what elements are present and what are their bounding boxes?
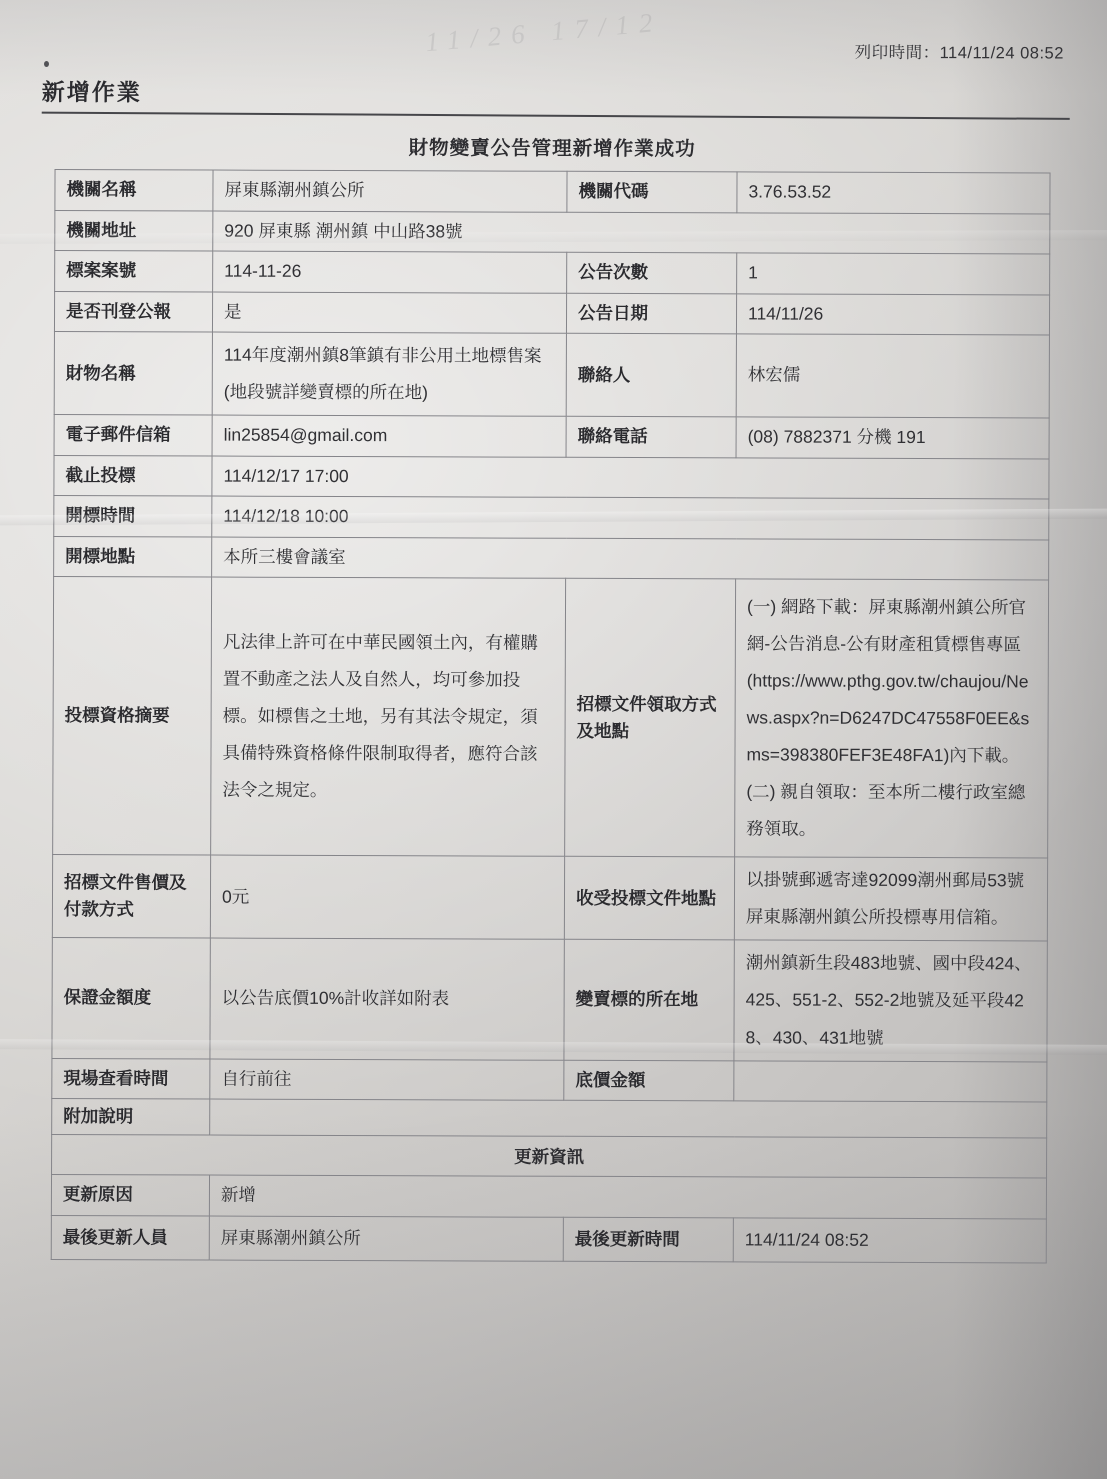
update-section-title: 更新資訊: [52, 1135, 1047, 1178]
last-updater-value: 屏東縣潮州鎮公所: [209, 1216, 563, 1261]
bid-deadline-label: 截止投標: [54, 455, 212, 496]
row-case: 標案案號 114-11-26 公告次數 1: [55, 251, 1050, 295]
tender-mail-label: 收受投標文件地點: [564, 856, 734, 940]
property-name-label: 財物名稱: [54, 331, 212, 415]
sale-location-value: 潮州鎮新生段483地號、國中段424、425、551-2、552-2地號及延平段…: [734, 940, 1047, 1061]
row-gazette: 是否刊登公報 是 公告日期 114/11/26: [54, 291, 1049, 335]
phone-label: 聯絡電話: [566, 416, 736, 457]
agency-name-label: 機關名稱: [55, 170, 213, 211]
site-visit-label: 現場查看時間: [52, 1058, 210, 1099]
gazette-value: 是: [212, 292, 566, 334]
agency-name-value: 屏東縣潮州鎮公所: [213, 170, 567, 212]
last-updater-label: 最後更新人員: [51, 1215, 209, 1260]
update-reason-value: 新增: [209, 1175, 1046, 1218]
update-reason-label: 更新原因: [51, 1175, 209, 1216]
last-update-time-value: 114/11/24 08:52: [733, 1218, 1046, 1263]
row-open-place: 開標地點 本所三樓會議室: [54, 536, 1049, 580]
agency-address-value: 920 屏東縣 潮州鎮 中山路38號: [213, 211, 1050, 254]
row-deposit: 保證金額度 以公告底價10%計收詳如附表 變賣標的所在地 潮州鎮新生段483地號…: [52, 938, 1047, 1062]
floor-price-value: [734, 1061, 1047, 1103]
row-open-time: 開標時間 114/12/18 10:00: [54, 496, 1049, 540]
deposit-label: 保證金額度: [52, 938, 210, 1059]
floor-price-label: 底價金額: [564, 1060, 734, 1101]
row-bid-deadline: 截止投標 114/12/17 17:00: [54, 455, 1049, 499]
row-doc-price: 招標文件售價及付款方式 0元 收受投標文件地點 以掛號郵遞寄達92099潮州郵局…: [52, 855, 1047, 942]
phone-value: (08) 7882371 分機 191: [736, 417, 1049, 459]
print-time: 列印時間：114/11/24 08:52: [55, 36, 1064, 64]
property-name-line2: (地段號詳變賣標的所在地): [224, 374, 555, 412]
tender-mail-value: 以掛號郵遞寄達92099潮州郵局53號屏東縣潮州鎮公所投標專用信箱。: [734, 857, 1047, 941]
open-time-value: 114/12/18 10:00: [212, 496, 1049, 539]
deposit-value: 以公告底價10%計收詳如附表: [210, 938, 564, 1060]
sale-location-label: 變賣標的所在地: [564, 940, 734, 1061]
row-note: 附加說明: [52, 1099, 1047, 1139]
sale-location-text: 潮州鎮新生段483地號、國中段424、425、551-2、552-2地號及延平段…: [745, 945, 1035, 1057]
contact-value: 林宏儒: [736, 334, 1049, 418]
row-address: 機關地址 920 屏東縣 潮州鎮 中山路38號: [55, 210, 1050, 254]
agency-code-value: 3.76.53.52: [737, 172, 1050, 214]
row-property: 財物名稱 114年度潮州鎮8筆鎮有非公用土地標售案 (地段號詳變賣標的所在地) …: [54, 331, 1049, 418]
announce-count-value: 1: [737, 253, 1050, 295]
bid-deadline-value: 114/12/17 17:00: [212, 456, 1049, 499]
qualification-value: 凡法律上許可在中華民國領土內，有權購置不動產之法人及自然人，均可參加投標。如標售…: [211, 577, 566, 856]
row-email: 電子郵件信箱 lin25854@gmail.com 聯絡電話 (08) 7882…: [54, 415, 1049, 459]
announce-date-value: 114/11/26: [736, 293, 1049, 335]
note-label: 附加說明: [52, 1099, 210, 1136]
open-time-label: 開標時間: [54, 496, 212, 537]
row-update-reason: 更新原因 新增: [51, 1175, 1046, 1219]
row-agency: 機關名稱 屏東縣潮州鎮公所 機關代碼 3.76.53.52: [55, 170, 1050, 214]
doc-price-label: 招標文件售價及付款方式: [52, 855, 210, 939]
row-site-visit: 現場查看時間 自行前往 底價金額: [52, 1058, 1047, 1102]
property-name-value: 114年度潮州鎮8筆鎮有非公用土地標售案 (地段號詳變賣標的所在地): [212, 332, 566, 416]
row-update-section: 更新資訊: [52, 1135, 1047, 1178]
last-update-time-label: 最後更新時間: [563, 1217, 733, 1262]
row-last-update: 最後更新人員 屏東縣潮州鎮公所 最後更新時間 114/11/24 08:52: [51, 1215, 1046, 1262]
doc-pickup-label: 招標文件領取方式及地點: [565, 578, 736, 857]
email-value: lin25854@gmail.com: [212, 415, 566, 457]
property-name-line1: 114年度潮州鎮8筆鎮有非公用土地標售案: [224, 337, 555, 375]
case-number-label: 標案案號: [55, 251, 213, 292]
qualification-label: 投標資格摘要: [53, 577, 212, 856]
form-title: 財物變賣公告管理新增作業成功: [55, 131, 1050, 162]
doc-price-value: 0元: [210, 855, 564, 939]
title-underline: [42, 112, 1070, 120]
scanned-document-photo: 11/26 17/12 列印時間：114/11/24 08:52 新增作業 財物…: [0, 0, 1107, 1479]
doc-pickup-item1: (一) 網路下載：屏東縣潮州鎮公所官網-公告消息-公有財產租賃標售專區 (htt…: [746, 588, 1037, 774]
case-number-value: 114-11-26: [213, 251, 567, 293]
open-place-value: 本所三樓會議室: [212, 537, 1049, 580]
agency-code-label: 機關代碼: [567, 171, 737, 212]
page-title: 新增作業: [42, 74, 1050, 111]
agency-address-label: 機關地址: [55, 210, 213, 251]
announce-date-label: 公告日期: [566, 293, 736, 334]
doc-pickup-item2: (二) 親自領取：至本所二樓行政室總務領取。: [746, 774, 1036, 849]
row-qualification: 投標資格摘要 凡法律上許可在中華民國領土內，有權購置不動產之法人及自然人，均可參…: [53, 577, 1049, 858]
doc-pickup-value: (一) 網路下載：屏東縣潮州鎮公所官網-公告消息-公有財產租賃標售專區 (htt…: [735, 579, 1049, 858]
contact-label: 聯絡人: [566, 333, 736, 417]
announce-count-label: 公告次數: [567, 252, 737, 293]
open-place-label: 開標地點: [54, 536, 212, 577]
note-value: [210, 1099, 1047, 1138]
ink-dot-artifact: [44, 61, 49, 67]
site-visit-value: 自行前往: [210, 1059, 564, 1101]
tender-mail-text: 以掛號郵遞寄達92099潮州郵局53號屏東縣潮州鎮公所投標專用信箱。: [746, 862, 1036, 937]
announcement-table: 機關名稱 屏東縣潮州鎮公所 機關代碼 3.76.53.52 機關地址 920 屏…: [51, 169, 1051, 1263]
email-label: 電子郵件信箱: [54, 415, 212, 456]
qualification-text: 凡法律上許可在中華民國領土內，有權購置不動產之法人及自然人，均可參加投標。如標售…: [222, 624, 554, 811]
document-page: 列印時間：114/11/24 08:52 新增作業 財物變賣公告管理新增作業成功…: [51, 36, 1050, 1263]
gazette-label: 是否刊登公報: [54, 291, 212, 332]
